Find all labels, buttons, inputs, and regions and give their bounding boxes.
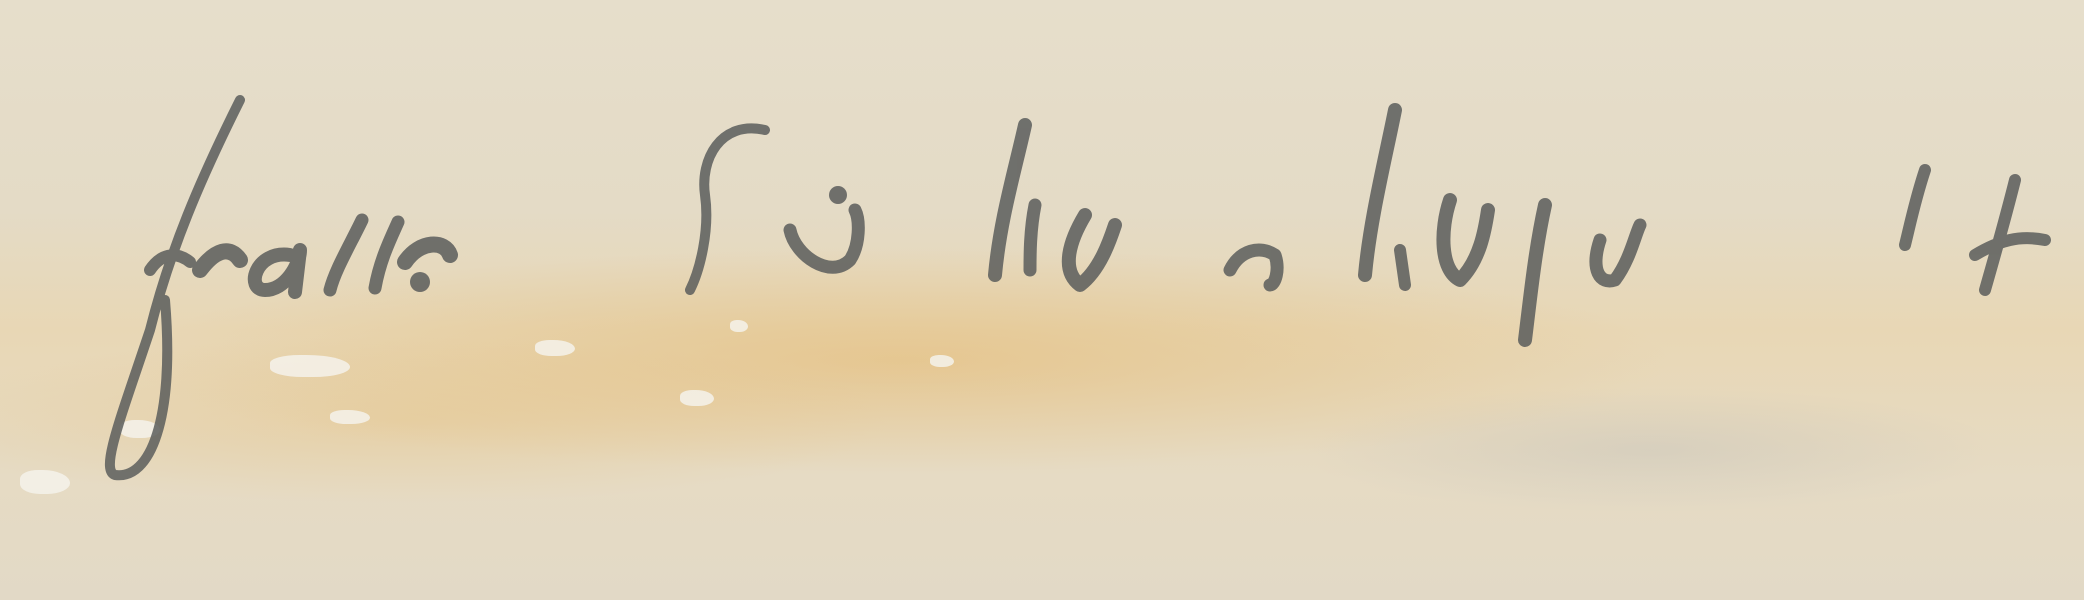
handwritten-signature xyxy=(0,0,2084,600)
aged-paper-background: fraun Sähle diegen 14 xyxy=(0,0,2084,600)
